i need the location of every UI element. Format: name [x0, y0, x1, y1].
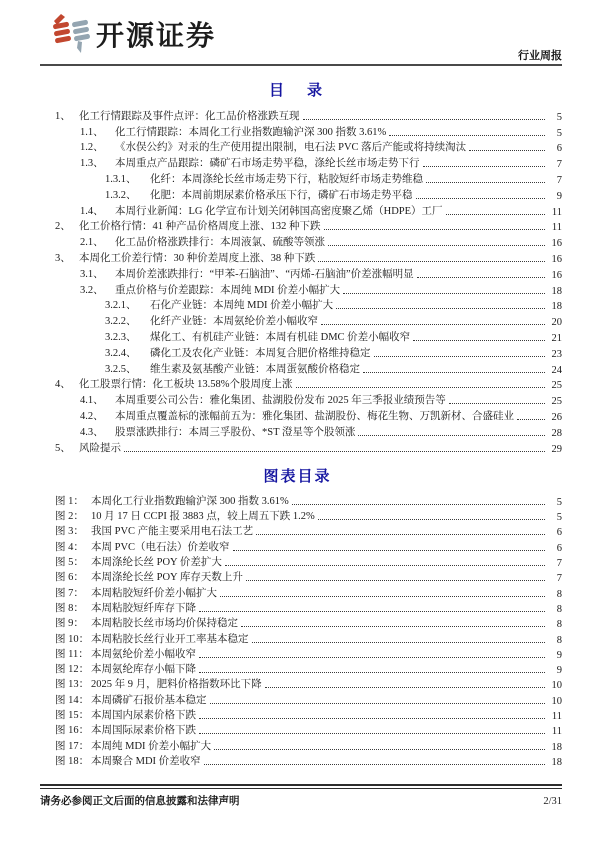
dotted-leader: [413, 340, 545, 341]
toc-entry-number: 1.3.2、: [105, 187, 150, 202]
page-number-indicator: 2/31: [543, 796, 562, 807]
figure-entry[interactable]: 图 8：本周粘胶短纤库存下降8: [40, 600, 562, 615]
figure-entry[interactable]: 图 15：本周国内尿素价格下跌11: [40, 707, 562, 722]
figure-entry-number: 图 2：: [55, 508, 91, 523]
toc-entry-number: 4.1、: [80, 392, 115, 407]
figure-entry[interactable]: 图 2：10 月 17 日 CCPI 报 3883 点，较上周五下跌 1.2%5: [40, 508, 562, 523]
dotted-leader: [321, 324, 545, 325]
figure-entry-page: 11: [548, 711, 562, 722]
toc-entry[interactable]: 4.1、本周重要公司公告：雅化集团、盐湖股份发布 2025 年三季报业绩预告等2…: [40, 391, 562, 407]
figure-entry-number: 图 14：: [55, 692, 91, 707]
toc-entry-text: 风险提示: [79, 440, 121, 455]
toc-entry[interactable]: 3.2.2、化纤产业链：本周氨纶价差小幅收窄20: [40, 312, 562, 328]
toc-entry-number: 3.2.2、: [105, 313, 150, 328]
page-footer: 请务必参阅正文后面的信息披露和法律声明 2/31: [40, 784, 562, 808]
figure-entry-number: 图 17：: [55, 738, 91, 753]
toc-entry[interactable]: 3.1、本周价差涨跌排行：“甲苯-石脑油”、“丙烯-石脑油”价差涨幅明显16: [40, 265, 562, 281]
toc-entry-page: 11: [548, 222, 562, 233]
figure-entry-page: 9: [548, 650, 562, 661]
toc-entry-number: 1、: [55, 108, 79, 123]
toc-entry-text: 本周重点产品跟踪：磷矿石市场走势平稳，涤纶长丝市场走势下行: [115, 155, 420, 170]
figure-entry[interactable]: 图 10：本周粘胶长丝行业开工率基本稳定8: [40, 630, 562, 645]
dotted-leader: [233, 550, 545, 551]
figure-entry-page: 8: [548, 619, 562, 630]
figure-entry[interactable]: 图 4：本周 PVC（电石法）价差收窄6: [40, 538, 562, 553]
dotted-leader: [246, 580, 545, 581]
kaiyuan-logo-icon: [52, 14, 90, 54]
dotted-leader: [292, 504, 545, 505]
toc-entry-page: 24: [548, 365, 562, 376]
figure-entry-number: 图 7：: [55, 585, 91, 600]
dotted-leader: [446, 214, 545, 215]
figure-entry-text: 本周国际尿素价格下跌: [91, 722, 196, 737]
toc-entry-text: 化纤产业链：本周氨纶价差小幅收窄: [150, 313, 318, 328]
toc-entry-page: 9: [548, 191, 562, 202]
figure-entry-number: 图 10：: [55, 631, 91, 646]
figure-entry[interactable]: 图 9：本周粘胶长丝市场均价保持稳定8: [40, 615, 562, 630]
figure-entry-page: 18: [548, 742, 562, 753]
dotted-leader: [417, 277, 545, 278]
toc-entry[interactable]: 3.2.1、石化产业链：本周纯 MDI 价差小幅扩大18: [40, 297, 562, 313]
toc-entry[interactable]: 2.1、化工品价格涨跌排行：本周液氯、硫酸等领涨16: [40, 233, 562, 249]
dotted-leader: [363, 372, 545, 373]
toc-entry[interactable]: 2、化工价格行情：41 种产品价格周度上涨、132 种下跌11: [40, 218, 562, 234]
toc-entry-page: 21: [548, 333, 562, 344]
toc-entry-number: 4.3、: [80, 424, 115, 439]
toc-entry-text: 《水俣公约》对汞的生产使用提出限制，电石法 PVC 落后产能或将持续淘汰: [115, 139, 466, 154]
figure-entry[interactable]: 图 16：本周国际尿素价格下跌11: [40, 722, 562, 737]
dotted-leader: [265, 687, 545, 688]
figure-entry[interactable]: 图 18：本周聚合 MDI 价差收窄18: [40, 753, 562, 768]
toc-entry-page: 28: [548, 428, 562, 439]
dotted-leader: [423, 166, 546, 167]
figure-entry-number: 图 1：: [55, 493, 91, 508]
figure-entry-text: 本周国内尿素价格下跌: [91, 707, 196, 722]
toc-entry-number: 4.2、: [80, 408, 115, 423]
figure-entry[interactable]: 图 6：本周涤纶长丝 POY 库存天数上升7: [40, 569, 562, 584]
toc-entry-number: 3.2.3、: [105, 329, 150, 344]
toc-entry-text: 煤化工、有机硅产业链：本周有机硅 DMC 价差小幅收窄: [150, 329, 410, 344]
figure-entry-number: 图 12：: [55, 661, 91, 676]
toc-entry-text: 本周重点覆盖标的涨幅前五为：雅化集团、盐湖股份、梅花生物、万凯新材、合盛硅业: [115, 408, 514, 423]
figure-entry-page: 10: [548, 680, 562, 691]
dotted-leader: [343, 293, 545, 294]
figure-entry-text: 我国 PVC 产能主要采用电石法工艺: [91, 523, 253, 538]
dotted-leader: [324, 229, 546, 230]
figure-entry-page: 8: [548, 635, 562, 646]
toc-entry-number: 3.2、: [80, 282, 115, 297]
figure-entry-number: 图 18：: [55, 753, 91, 768]
toc-entry-page: 7: [548, 175, 562, 186]
toc-entry-number: 1.1、: [80, 124, 115, 139]
toc-entry-text: 本周行业新闻：LG 化学宣布计划关闭韩国高密度聚乙烯（HDPE）工厂: [115, 203, 443, 218]
toc-entry-page: 18: [548, 286, 562, 297]
company-logo: 开源证券: [52, 14, 216, 54]
figure-entry-text: 本周粘胶短纤库存下降: [91, 600, 196, 615]
disclaimer-text: 请务必参阅正文后面的信息披露和法律声明: [40, 793, 240, 808]
dotted-leader: [204, 764, 545, 765]
figure-entry[interactable]: 图 17：本周纯 MDI 价差小幅扩大18: [40, 737, 562, 752]
figure-entry-page: 7: [548, 558, 562, 569]
figure-entry-text: 本周粘胶长丝市场均价保持稳定: [91, 615, 238, 630]
toc-entry-text: 磷化工及农化产业链：本周复合肥价格维持稳定: [150, 345, 371, 360]
figure-entry-number: 图 16：: [55, 722, 91, 737]
figure-entry-page: 6: [548, 527, 562, 538]
toc-entry-number: 1.2、: [80, 139, 115, 154]
dotted-leader: [318, 519, 545, 520]
toc-entry-text: 本周重要公司公告：雅化集团、盐湖股份发布 2025 年三季报业绩预告等: [115, 392, 446, 407]
dotted-leader: [214, 749, 545, 750]
toc-entry[interactable]: 1.3.1、化纤：本周涤纶长丝市场走势下行，粘胶短纤市场走势维稳7: [40, 170, 562, 186]
toc-entry[interactable]: 1.4、本周行业新闻：LG 化学宣布计划关闭韩国高密度聚乙烯（HDPE）工厂11: [40, 202, 562, 218]
toc-entry-page: 23: [548, 349, 562, 360]
dotted-leader: [225, 565, 545, 566]
toc-entry-text: 化工行情跟踪：本周化工行业指数跑输沪深 300 指数 3.61%: [115, 124, 386, 139]
toc-entry[interactable]: 3.2、重点价格与价差跟踪：本周纯 MDI 价差小幅扩大18: [40, 281, 562, 297]
figure-entry-number: 图 4：: [55, 539, 91, 554]
figure-entry-text: 本周粘胶短纤价差小幅扩大: [91, 585, 217, 600]
toc-entry[interactable]: 3.2.5、维生素及氨基酸产业链：本周蛋氨酸价格稳定24: [40, 360, 562, 376]
figure-entry-page: 8: [548, 589, 562, 600]
dotted-leader: [517, 419, 545, 420]
figure-list: 图 1：本周化工行业指数跑输沪深 300 指数 3.61%5图 2：10 月 1…: [40, 493, 562, 768]
figure-entry-text: 2025 年 9 月，肥料价格指数环比下降: [91, 676, 262, 691]
figure-entry[interactable]: 图 5：本周涤纶长丝 POY 价差扩大7: [40, 554, 562, 569]
figure-entry-page: 6: [548, 543, 562, 554]
toc-entry-page: 18: [548, 301, 562, 312]
toc-entry[interactable]: 1.1、化工行情跟踪：本周化工行业指数跑输沪深 300 指数 3.61%5: [40, 123, 562, 139]
dotted-leader: [416, 198, 546, 199]
toc-entry-text: 石化产业链：本周纯 MDI 价差小幅扩大: [150, 297, 333, 312]
figure-entry[interactable]: 图 12：本周氨纶库存小幅下降9: [40, 661, 562, 676]
toc-entry[interactable]: 1.2、《水俣公约》对汞的生产使用提出限制，电石法 PVC 落后产能或将持续淘汰…: [40, 139, 562, 155]
figure-entry-number: 图 15：: [55, 707, 91, 722]
toc-entry-text: 化工行情跟踪及事件点评：化工品价格涨跌互现: [79, 108, 300, 123]
toc-entry[interactable]: 3.2.4、磷化工及农化产业链：本周复合肥价格维持稳定23: [40, 344, 562, 360]
dotted-leader: [336, 308, 545, 309]
toc-entry-page: 29: [548, 444, 562, 455]
dotted-leader: [199, 611, 545, 612]
toc-entry-page: 25: [548, 396, 562, 407]
toc-entry[interactable]: 4.2、本周重点覆盖标的涨幅前五为：雅化集团、盐湖股份、梅花生物、万凯新材、合盛…: [40, 407, 562, 423]
figures-title: 图表目录: [0, 468, 595, 486]
toc-entry-page: 20: [548, 317, 562, 328]
figure-entry-text: 10 月 17 日 CCPI 报 3883 点，较上周五下跌 1.2%: [91, 508, 315, 523]
figure-entry-text: 本周 PVC（电石法）价差收窄: [91, 539, 230, 554]
figure-entry[interactable]: 图 1：本周化工行业指数跑输沪深 300 指数 3.61%5: [40, 493, 562, 508]
figure-entry-page: 7: [548, 573, 562, 584]
toc-list: 1、化工行情跟踪及事件点评：化工品价格涨跌互现51.1、化工行情跟踪：本周化工行…: [40, 107, 562, 455]
figure-entry[interactable]: 图 3：我国 PVC 产能主要采用电石法工艺6: [40, 523, 562, 538]
toc-entry[interactable]: 1.3、本周重点产品跟踪：磷矿石市场走势平稳，涤纶长丝市场走势下行7: [40, 154, 562, 170]
figure-entry-page: 11: [548, 726, 562, 737]
report-type-label: 行业周报: [518, 47, 562, 63]
figure-entry-number: 图 6：: [55, 569, 91, 584]
toc-entry-number: 4、: [55, 376, 79, 391]
toc-entry-number: 3、: [55, 250, 79, 265]
dotted-leader: [449, 403, 545, 404]
figure-entry-text: 本周磷矿石报价基本稳定: [91, 692, 207, 707]
figure-entry[interactable]: 图 11：本周氨纶价差小幅收窄9: [40, 646, 562, 661]
toc-entry-page: 7: [548, 159, 562, 170]
figure-entry-number: 图 3：: [55, 523, 91, 538]
company-name: 开源证券: [96, 14, 216, 54]
figure-entry-text: 本周聚合 MDI 价差收窄: [91, 753, 201, 768]
toc-entry-text: 化工股票行情：化工板块 13.58%个股周度上涨: [79, 376, 293, 391]
dotted-leader: [252, 642, 546, 643]
dotted-leader: [241, 626, 545, 627]
toc-entry-page: 26: [548, 412, 562, 423]
figure-entry-number: 图 13：: [55, 676, 91, 691]
toc-entry[interactable]: 4、化工股票行情：化工板块 13.58%个股周度上涨25: [40, 376, 562, 392]
toc-entry-page: 11: [548, 207, 562, 218]
toc-entry-text: 本周化工价差行情：30 种价差周度上涨、38 种下跌: [79, 250, 315, 265]
report-page: 开源证券 行业周报 目 录 1、化工行情跟踪及事件点评：化工品价格涨跌互现51.…: [0, 0, 595, 841]
toc-entry-page: 16: [548, 254, 562, 265]
toc-entry[interactable]: 3、本周化工价差行情：30 种价差周度上涨、38 种下跌16: [40, 249, 562, 265]
toc-entry-number: 3.2.1、: [105, 297, 150, 312]
toc-entry-text: 化工价格行情：41 种产品价格周度上涨、132 种下跌: [79, 218, 321, 233]
figure-entry-text: 本周涤纶长丝 POY 价差扩大: [91, 554, 222, 569]
toc-entry[interactable]: 1.3.2、化肥：本周前期尿素价格承压下行，磷矿石市场走势平稳9: [40, 186, 562, 202]
figure-entry-text: 本周氨纶价差小幅收窄: [91, 646, 196, 661]
toc-entry-number: 1.4、: [80, 203, 115, 218]
figure-entry-page: 10: [548, 696, 562, 707]
toc-entry[interactable]: 5、风险提示29: [40, 439, 562, 455]
toc-entry-page: 16: [548, 238, 562, 249]
dotted-leader: [389, 135, 545, 136]
figure-entry-text: 本周涤纶长丝 POY 库存天数上升: [91, 569, 243, 584]
toc-entry[interactable]: 3.2.3、煤化工、有机硅产业链：本周有机硅 DMC 价差小幅收窄21: [40, 328, 562, 344]
toc-entry-text: 本周价差涨跌排行：“甲苯-石脑油”、“丙烯-石脑油”价差涨幅明显: [115, 266, 414, 281]
dotted-leader: [210, 703, 546, 704]
figure-entry-number: 图 8：: [55, 600, 91, 615]
dotted-leader: [199, 657, 545, 658]
dotted-leader: [199, 718, 545, 719]
dotted-leader: [303, 119, 546, 120]
toc-entry-number: 3.2.4、: [105, 345, 150, 360]
figure-entry[interactable]: 图 14：本周磷矿石报价基本稳定10: [40, 691, 562, 706]
dotted-leader: [296, 387, 546, 388]
dotted-leader: [426, 182, 545, 183]
toc-entry-text: 化工品价格涨跌排行：本周液氯、硫酸等领涨: [115, 234, 325, 249]
toc-entry-number: 2.1、: [80, 234, 115, 249]
dotted-leader: [374, 356, 546, 357]
figure-entry-text: 本周纯 MDI 价差小幅扩大: [91, 738, 211, 753]
dotted-leader: [256, 534, 545, 535]
dotted-leader: [358, 435, 545, 436]
figure-entry-text: 本周化工行业指数跑输沪深 300 指数 3.61%: [91, 493, 289, 508]
figure-entry-page: 5: [548, 512, 562, 523]
toc-entry-number: 5、: [55, 440, 79, 455]
figure-entry-text: 本周粘胶长丝行业开工率基本稳定: [91, 631, 249, 646]
footer-rule-thin: [40, 788, 562, 789]
toc-entry-page: 6: [548, 143, 562, 154]
toc-entry-text: 化纤：本周涤纶长丝市场走势下行，粘胶短纤市场走势维稳: [150, 171, 423, 186]
footer-rule-thick: [40, 784, 562, 786]
toc-entry-text: 化肥：本周前期尿素价格承压下行，磷矿石市场走势平稳: [150, 187, 413, 202]
figure-entry-page: 9: [548, 665, 562, 676]
dotted-leader: [199, 672, 545, 673]
toc-entry-number: 3.2.5、: [105, 361, 150, 376]
figure-entry-page: 5: [548, 497, 562, 508]
dotted-leader: [318, 261, 545, 262]
toc-entry-page: 5: [548, 112, 562, 123]
figure-entry-number: 图 11：: [55, 646, 91, 661]
dotted-leader: [328, 245, 545, 246]
toc-entry-text: 股票涨跌排行：本周三孚股份、*ST 澄星等个股领涨: [115, 424, 355, 439]
toc-entry-number: 1.3、: [80, 155, 115, 170]
toc-entry-page: 5: [548, 128, 562, 139]
toc-entry-number: 1.3.1、: [105, 171, 150, 186]
toc-entry-page: 16: [548, 270, 562, 281]
toc-entry-text: 重点价格与价差跟踪：本周纯 MDI 价差小幅扩大: [115, 282, 340, 297]
page-header: 开源证券 行业周报: [40, 12, 562, 66]
toc-entry[interactable]: 4.3、股票涨跌排行：本周三孚股份、*ST 澄星等个股领涨28: [40, 423, 562, 439]
figure-entry-page: 18: [548, 757, 562, 768]
dotted-leader: [199, 733, 545, 734]
dotted-leader: [124, 451, 545, 452]
figure-entry-page: 8: [548, 604, 562, 615]
figure-entry-number: 图 5：: [55, 554, 91, 569]
dotted-leader: [469, 150, 545, 151]
dotted-leader: [220, 596, 545, 597]
toc-title: 目 录: [0, 82, 595, 100]
figure-entry[interactable]: 图 13：2025 年 9 月，肥料价格指数环比下降10: [40, 676, 562, 691]
toc-entry-number: 3.1、: [80, 266, 115, 281]
toc-entry[interactable]: 1、化工行情跟踪及事件点评：化工品价格涨跌互现5: [40, 107, 562, 123]
toc-entry-page: 25: [548, 380, 562, 391]
figure-entry[interactable]: 图 7：本周粘胶短纤价差小幅扩大8: [40, 584, 562, 599]
figure-entry-text: 本周氨纶库存小幅下降: [91, 661, 196, 676]
toc-entry-text: 维生素及氨基酸产业链：本周蛋氨酸价格稳定: [150, 361, 360, 376]
figure-entry-number: 图 9：: [55, 615, 91, 630]
toc-entry-number: 2、: [55, 218, 79, 233]
